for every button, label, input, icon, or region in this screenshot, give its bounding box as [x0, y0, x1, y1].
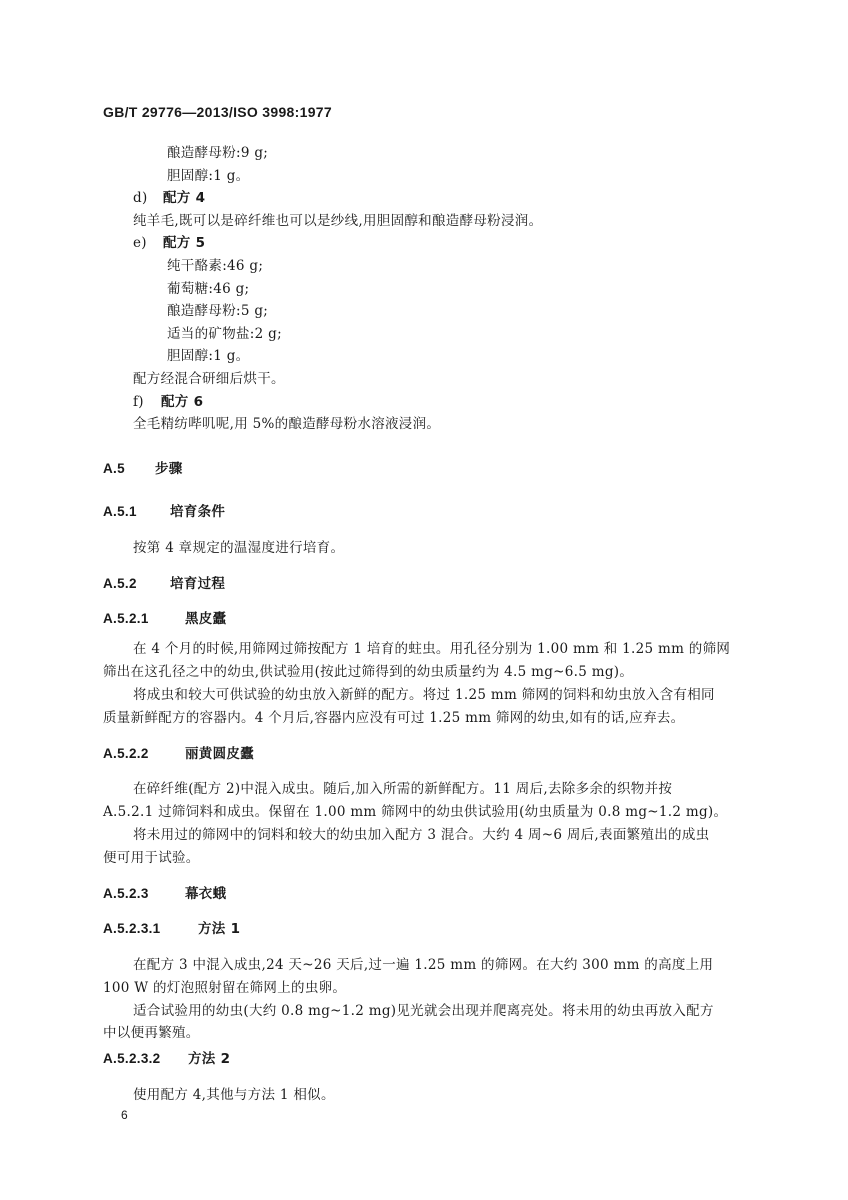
- section-heading-a52: A.5.2培育过程: [103, 575, 225, 593]
- paragraph-line: 在碎纤维(配方 2)中混入成虫。随后,加入所需的新鲜配方。11 周后,去除多余的…: [133, 780, 672, 798]
- formula-e-item: 葡萄糖:46 g;: [167, 280, 249, 298]
- formula-e-item: 纯干酪素:46 g;: [167, 257, 263, 275]
- paragraph-line: 质量新鲜配方的容器内。4 个月后,容器内应没有可过 1.25 mm 筛网的幼虫,…: [103, 709, 685, 727]
- formula-c-item: 酿造酵母粉:9 g;: [167, 144, 268, 162]
- paragraph-line: 便可用于试验。: [103, 849, 200, 867]
- section-title: 黑皮蠹: [185, 611, 226, 627]
- formula-e-label: e): [133, 234, 147, 252]
- formula-c-item: 胆固醇:1 g。: [167, 167, 249, 185]
- section-number: A.5.2.3.1: [103, 920, 198, 938]
- section-heading-a5: A.5步骤: [103, 460, 183, 478]
- paragraph-line: 将成虫和较大可供试验的幼虫放入新鲜的配方。将过 1.25 mm 筛网的饲料和幼虫…: [133, 686, 715, 704]
- formula-f-label: f): [133, 393, 144, 411]
- page-number: 6: [121, 1106, 128, 1124]
- document-page: GB/T 29776—2013/ISO 3998:1977 酿造酵母粉:9 g;…: [0, 0, 848, 1200]
- section-text: 按第 4 章规定的温湿度进行培育。: [133, 539, 344, 557]
- paragraph-line: A.5.2.1 过筛饲料和成虫。保留在 1.00 mm 筛网中的幼虫供试验用(幼…: [103, 803, 727, 821]
- paragraph-line: 适合试验用的幼虫(大约 0.8 mg~1.2 mg)见光就会出现并爬离亮处。将未…: [133, 1002, 714, 1020]
- section-title: 步骤: [155, 461, 183, 477]
- formula-e-note: 配方经混合研细后烘干。: [133, 370, 285, 388]
- section-number: A.5.1: [103, 503, 170, 521]
- standard-header: GB/T 29776—2013/ISO 3998:1977: [103, 103, 332, 121]
- formula-f-text: 全毛精纺哔叽呢,用 5%的酿造酵母粉水溶液浸润。: [133, 415, 440, 433]
- section-title: 培育条件: [170, 504, 225, 520]
- section-text: 使用配方 4,其他与方法 1 相似。: [133, 1086, 335, 1104]
- section-number: A.5.2: [103, 575, 170, 593]
- section-title: 培育过程: [170, 576, 225, 592]
- paragraph-line: 将未用过的筛网中的饲料和较大的幼虫加入配方 3 混合。大约 4 周~6 周后,表…: [133, 826, 709, 844]
- formula-e-item: 胆固醇:1 g。: [167, 347, 249, 365]
- section-number: A.5.2.3: [103, 885, 185, 903]
- paragraph-line: 100 W 的灯泡照射留在筛网上的虫卵。: [103, 979, 346, 997]
- section-number: A.5.2.1: [103, 610, 185, 628]
- formula-e-title: 配方 5: [163, 234, 205, 252]
- section-heading-a522: A.5.2.2丽黄圆皮蠹: [103, 745, 254, 763]
- section-heading-a51: A.5.1培育条件: [103, 503, 225, 521]
- section-title: 方法 2: [188, 1051, 230, 1067]
- section-heading-a5232: A.5.2.3.2方法 2: [103, 1050, 230, 1068]
- section-heading-a5231: A.5.2.3.1方法 1: [103, 920, 240, 938]
- formula-e-item: 适当的矿物盐:2 g;: [167, 325, 282, 343]
- section-title: 方法 1: [198, 921, 240, 937]
- section-title: 幕衣蛾: [185, 886, 226, 902]
- section-title: 丽黄圆皮蠹: [185, 746, 254, 762]
- paragraph-line: 中以便再繁殖。: [103, 1024, 200, 1042]
- paragraph-line: 筛出在这孔径之中的幼虫,供试验用(按此过筛得到的幼虫质量约为 4.5 mg~6.…: [103, 663, 633, 681]
- formula-e-item: 酿造酵母粉:5 g;: [167, 302, 268, 320]
- formula-d-text: 纯羊毛,既可以是碎纤维也可以是纱线,用胆固醇和酿造酵母粉浸润。: [133, 212, 542, 230]
- section-heading-a523: A.5.2.3幕衣蛾: [103, 885, 226, 903]
- section-number: A.5.2.3.2: [103, 1050, 188, 1068]
- section-number: A.5: [103, 460, 155, 478]
- section-number: A.5.2.2: [103, 745, 185, 763]
- section-heading-a521: A.5.2.1黑皮蠹: [103, 610, 226, 628]
- formula-f-title: 配方 6: [161, 393, 203, 411]
- paragraph-line: 在 4 个月的时候,用筛网过筛按配方 1 培育的蛀虫。用孔径分别为 1.00 m…: [133, 640, 730, 658]
- paragraph-line: 在配方 3 中混入成虫,24 天~26 天后,过一遍 1.25 mm 的筛网。在…: [133, 956, 713, 974]
- formula-d-title: 配方 4: [163, 189, 205, 207]
- formula-d-label: d): [133, 189, 148, 207]
